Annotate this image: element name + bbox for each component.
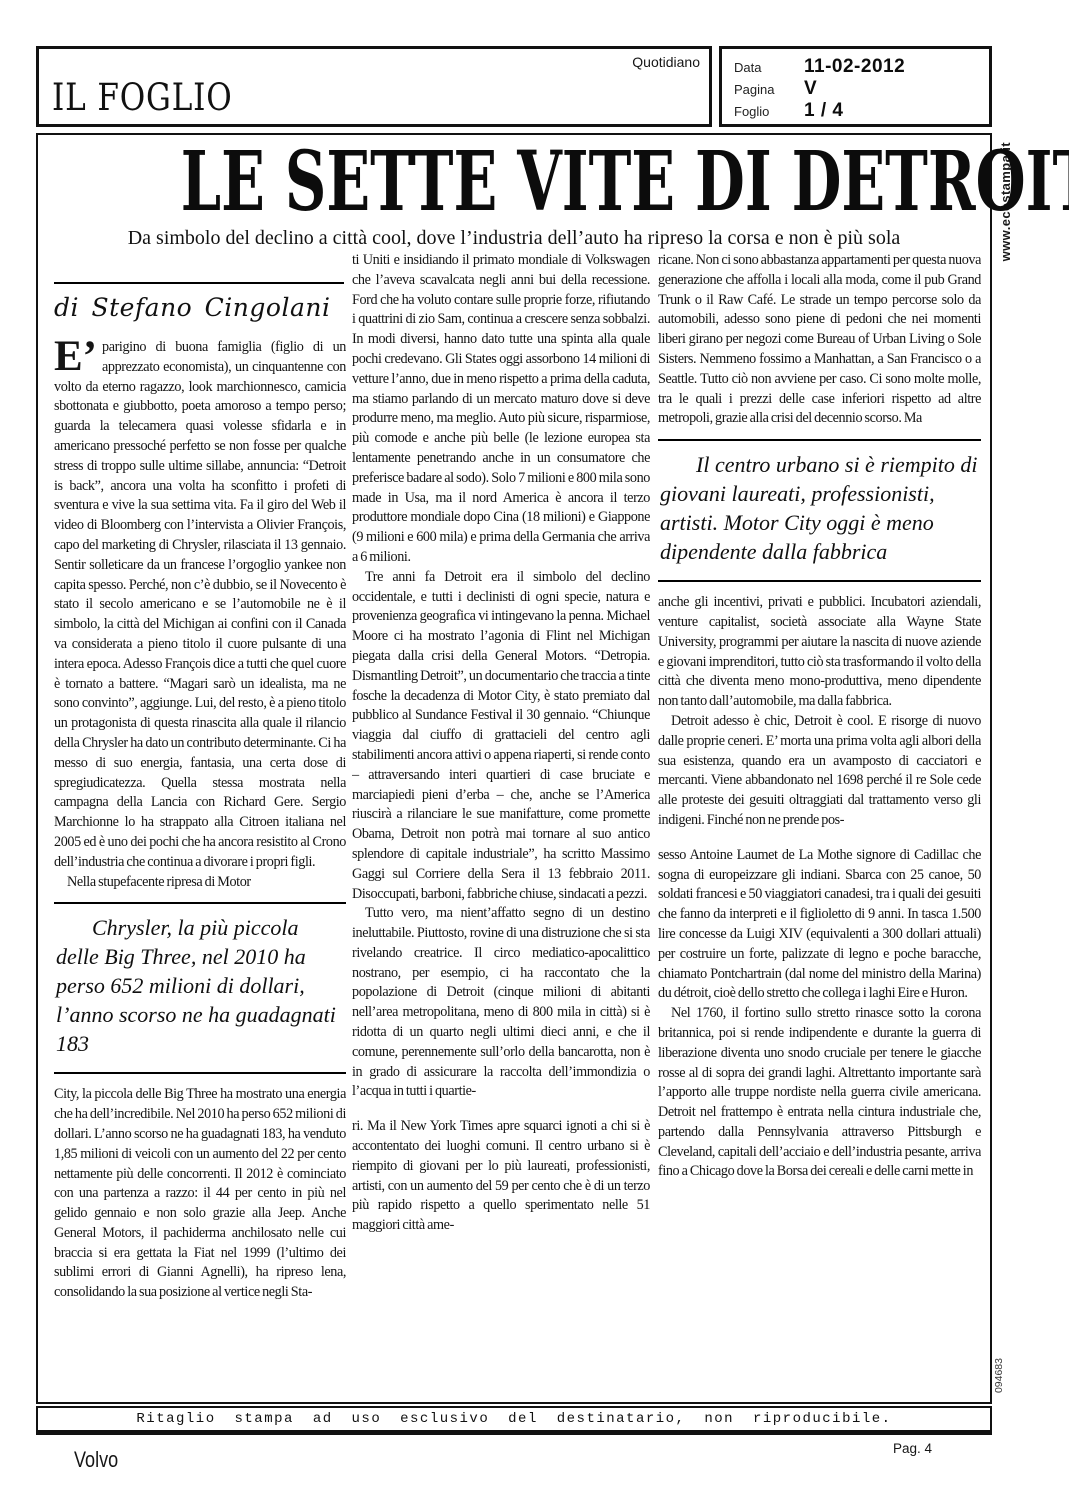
paragraph: sesso Antoine Laumet de La Mothe signore… bbox=[658, 846, 981, 1004]
paragraph: Tre anni fa Detroit era il simbolo del d… bbox=[352, 568, 650, 905]
footer-strip: Ritaglio stampa ad uso esclusivo del des… bbox=[36, 1406, 992, 1435]
meta-date-label: Data bbox=[734, 60, 804, 75]
publication-masthead: IL FOGLIO bbox=[52, 79, 233, 116]
drop-cap: E’ bbox=[54, 338, 102, 374]
paragraph: anche gli incentivi, privati e pubblici.… bbox=[658, 593, 981, 712]
article-column-3: ricane. Non ci sono abbastanza appartame… bbox=[658, 251, 981, 1401]
paragraph: Nel 1760, il fortino sullo stretto rinas… bbox=[658, 1004, 981, 1182]
meta-sheet-value: 1 / 4 bbox=[804, 100, 979, 122]
article-headline: LE SETTE VITE DI DETROIT bbox=[181, 141, 847, 223]
byline-rule bbox=[54, 282, 344, 284]
paragraph: ti Uniti e insidiando il primato mondial… bbox=[352, 251, 650, 568]
article-column-2: ti Uniti e insidiando il primato mondial… bbox=[352, 251, 650, 1401]
paragraph: Detroit adesso è chic, Detroit è cool. E… bbox=[658, 712, 981, 831]
article-subhead: Da simbolo del declino a città cool, dov… bbox=[38, 227, 990, 250]
pull-quote: Chrysler, la più piccola delle Big Three… bbox=[54, 902, 346, 1074]
article-byline: di Stefano Cingolani bbox=[54, 293, 346, 323]
meta-page-value: V bbox=[804, 78, 979, 100]
paragraph: E’parigino di buona famiglia (figlio di … bbox=[54, 338, 346, 873]
publication-type-label: Quotidiano bbox=[632, 54, 700, 70]
clipping-meta-box: Data 11-02-2012 Pagina V Foglio 1 / 4 bbox=[719, 46, 992, 127]
meta-page-label: Pagina bbox=[734, 82, 804, 97]
article-frame: LE SETTE VITE DI DETROIT Da simbolo del … bbox=[36, 133, 992, 1404]
meta-sheet-label: Foglio bbox=[734, 104, 804, 119]
meta-date-value: 11-02-2012 bbox=[804, 56, 979, 78]
paragraph: ricane. Non ci sono abbastanza appartame… bbox=[658, 251, 981, 429]
page-reference: Pag. 4 bbox=[893, 1441, 932, 1456]
brand-name: Volvo bbox=[74, 1447, 118, 1473]
footer-strip-text: Ritaglio stampa ad uso esclusivo del des… bbox=[136, 1411, 891, 1427]
paragraph: ri. Ma il New York Times apre squarci ig… bbox=[352, 1117, 650, 1236]
masthead-box: Quotidiano IL FOGLIO bbox=[36, 46, 712, 127]
paragraph: City, la piccola delle Big Three ha most… bbox=[54, 1085, 346, 1303]
paragraph: Tutto vero, ma nient’affatto segno di un… bbox=[352, 904, 650, 1102]
paragraph-text: parigino di buona famiglia (figlio di un… bbox=[54, 339, 346, 870]
pull-quote: Il centro urbano si è riempito di giovan… bbox=[658, 439, 981, 582]
article-column-1: di Stefano Cingolani E’parigino di buona… bbox=[54, 251, 346, 1399]
paragraph: Nella stupefacente ripresa di Motor bbox=[54, 873, 346, 893]
archive-code: 094683 bbox=[993, 1358, 1005, 1393]
